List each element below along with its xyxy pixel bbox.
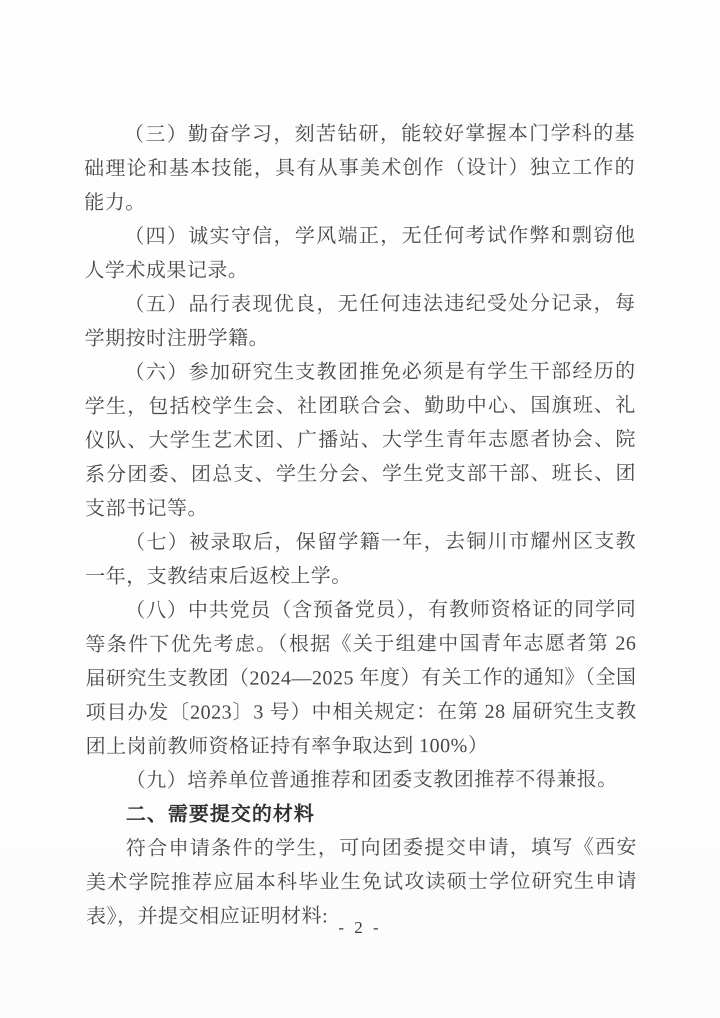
paragraph-clause-4: （四）诚实守信，学风端正，无任何考试作弊和剽窃他人学术成果记录。: [84, 219, 635, 288]
page-number: - 2 -: [0, 918, 720, 938]
document-page: （三）勤奋学习，刻苦钻研，能较好掌握本门学科的基础理论和基本技能，具有从事美术创…: [0, 0, 720, 1018]
paragraph-clause-6: （六）参加研究生支教团推免必须是有学生干部经历的学生，包括校学生会、社团联合会、…: [85, 355, 636, 526]
paragraph-clause-7: （七）被录取后，保留学籍一年，去铜川市耀州区支教一年，支教结束后返校上学。: [85, 525, 636, 594]
paragraph-clause-9: （九）培养单位普通推荐和团委支教团推荐不得兼报。: [86, 763, 637, 798]
paragraph-clause-3: （三）勤奋学习，刻苦钻研，能较好掌握本门学科的基础理论和基本技能，具有从事美术创…: [84, 117, 635, 220]
paragraph-clause-8: （八）中共党员（含预备党员），有教师资格证的同学同等条件下优先考虑。（根据《关于…: [85, 593, 636, 764]
document-body: （三）勤奋学习，刻苦钻研，能较好掌握本门学科的基础理论和基本技能，具有从事美术创…: [84, 117, 637, 934]
section-heading-materials: 二、需要提交的材料: [86, 797, 637, 832]
paragraph-clause-5: （五）品行表现优良，无任何违法违纪受处分记录，每学期按时注册学籍。: [84, 287, 635, 356]
